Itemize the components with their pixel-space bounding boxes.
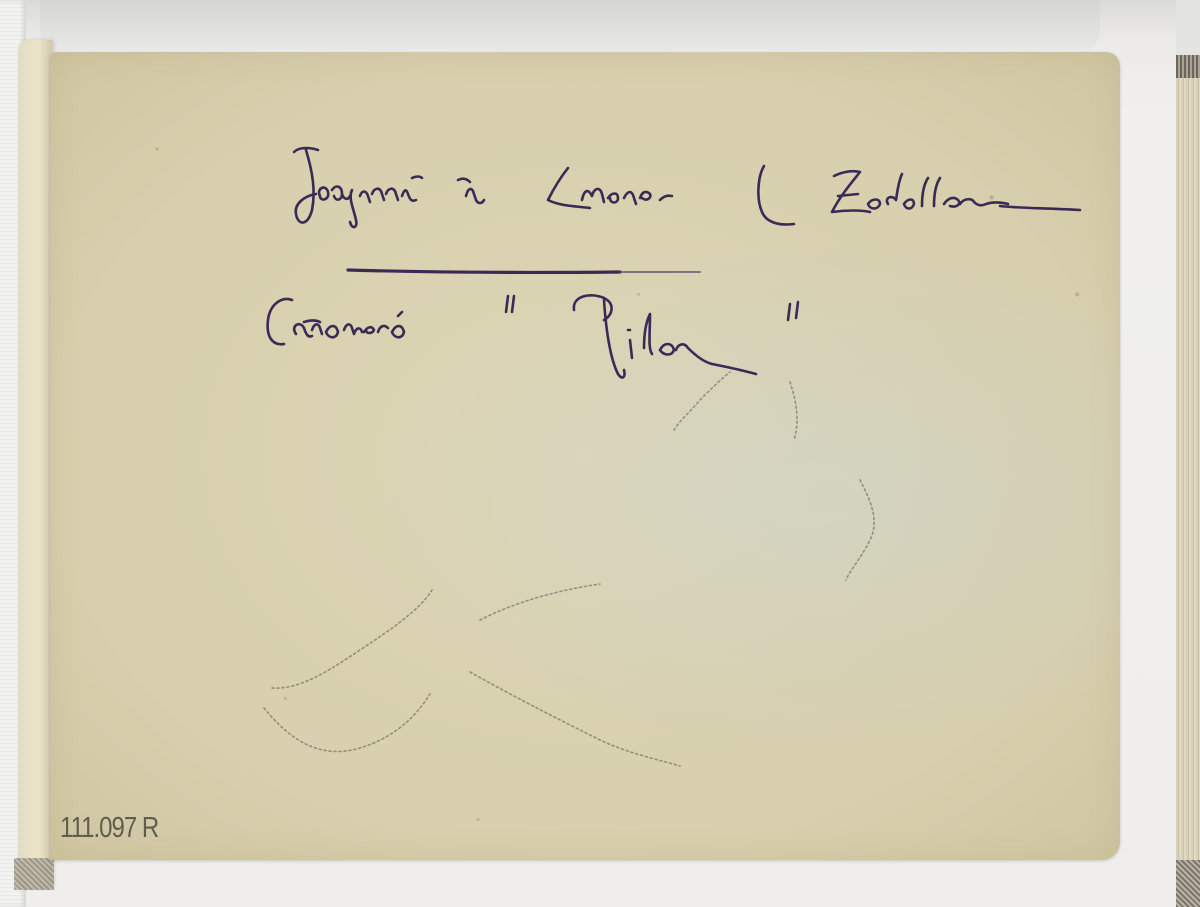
signature-text: Joaquín Manuel Zedolla xyxy=(290,150,966,215)
catalog-number: 111.097 R xyxy=(60,812,158,846)
underline-stroke xyxy=(348,270,700,272)
handwriting-layer xyxy=(0,0,1200,907)
vessel-name-text: Cañonero "Pilar" xyxy=(266,292,762,360)
pencil-sketch xyxy=(264,372,874,766)
scan-scene: Joaquín Manuel Zedolla Cañonero "Pilar" … xyxy=(0,0,1200,907)
